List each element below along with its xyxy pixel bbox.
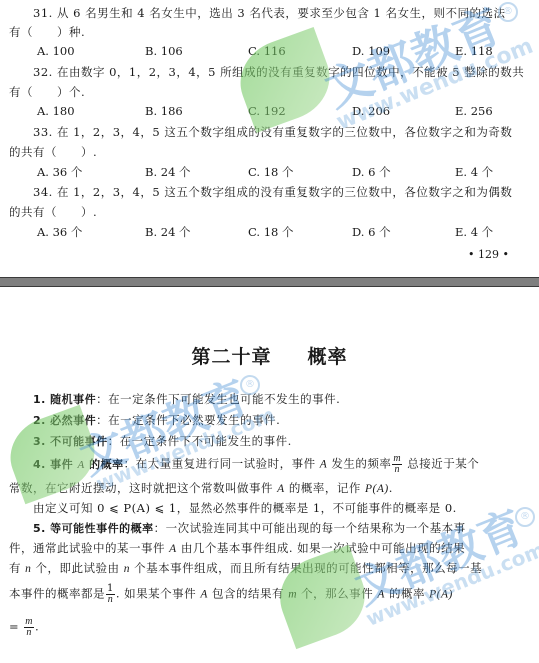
q31-option-a: A. 100 bbox=[37, 44, 75, 58]
q32-option-b: B. 186 bbox=[145, 104, 183, 118]
q34-option-b: B. 24 个 bbox=[145, 224, 191, 240]
chapter-number: 第二十章 bbox=[191, 346, 271, 368]
fraction-m-over-n-result: mn bbox=[24, 617, 34, 638]
q34-option-e: E. 4 个 bbox=[455, 224, 493, 240]
chapter-name: 概率 bbox=[308, 346, 348, 368]
q34-option-d: D. 6 个 bbox=[352, 224, 391, 240]
question-31-text: 31. 从 6 名男生和 4 名女生中，选出 3 名代表，要求至少包含 1 名女… bbox=[33, 5, 505, 21]
q33-option-b: B. 24 个 bbox=[145, 164, 191, 180]
question-34-text: 34. 在 1，2，3，4，5 这五个数字组成的没有重复数字的三位数中，各位数字… bbox=[33, 184, 512, 200]
fraction-m-over-n: mn bbox=[392, 454, 402, 475]
question-32-continuation: 有（ ）个. bbox=[9, 84, 85, 100]
fraction-1-over-n: 1n bbox=[106, 584, 115, 605]
definition-5-line-1: 5. 等可能性事件的概率：一次试验连同其中可能出现的每一个结果称为一个基本事 bbox=[33, 520, 466, 536]
definition-4-term: 4. 事件 A 的概率 bbox=[33, 458, 124, 471]
question-33-continuation: 的共有（ ）. bbox=[9, 144, 97, 160]
q31-option-d: D. 109 bbox=[352, 44, 390, 58]
definition-4-line-1: 4. 事件 A 的概率：在大量重复进行同一试验时，事件 A 发生的频率mn 总接… bbox=[33, 454, 479, 475]
question-32-text: 32. 在由数字 0，1，2，3，4，5 所组成的没有重复数字的四位数中，不能被… bbox=[33, 64, 524, 80]
definition-4-line-2: 常数，在它附近摆动，这时就把这个常数叫做事件 A 的概率，记作 P(A). bbox=[9, 480, 393, 496]
q32-option-d: D. 206 bbox=[352, 104, 390, 118]
page-number: • 129 • bbox=[468, 248, 509, 261]
q31-option-b: B. 106 bbox=[145, 44, 183, 58]
page-separator bbox=[0, 277, 539, 287]
definition-5-line-4: 本事件的概率都是1n. 如果某个事件 A 包含的结果有 m 个，那么事件 A 的… bbox=[9, 584, 453, 605]
definition-4-line-3: 由定义可知 0 ⩽ P(A) ⩽ 1，显然必然事件的概率是 1，不可能事件的概率… bbox=[33, 500, 457, 516]
q32-option-a: A. 180 bbox=[37, 104, 75, 118]
definition-5-line-3: 有 n 个，即此试验由 n 个基本事件组成，而且所有结果出现的可能性都相等，那么… bbox=[9, 560, 482, 576]
q32-option-e: E. 256 bbox=[455, 104, 493, 118]
question-34-continuation: 的共有（ ）. bbox=[9, 204, 97, 220]
definition-3-text: ：在一定条件下不可能发生的事件. bbox=[108, 434, 292, 448]
definition-1: 1. 随机事件：在一定条件下可能发生也可能不发生的事件. bbox=[33, 391, 340, 407]
question-33-text: 33. 在 1，2，3，4，5 这五个数字组成的没有重复数字的三位数中，各位数字… bbox=[33, 124, 512, 140]
q31-option-e: E. 118 bbox=[455, 44, 493, 58]
question-31-continuation: 有（ ）种. bbox=[9, 24, 85, 40]
definition-2: 2. 必然事件：在一定条件下必然要发生的事件. bbox=[33, 412, 280, 428]
q31-option-c: C. 116 bbox=[248, 44, 286, 58]
definition-3-term: 3. 不可能事件 bbox=[33, 435, 108, 448]
definition-5-line-2: 件，通常此试验中的某一事件 A 由几个基本事件组成. 如果一次试验中可能出现的结… bbox=[9, 540, 465, 556]
definition-5-line-5: = mn. bbox=[9, 617, 39, 638]
definition-2-term: 2. 必然事件 bbox=[33, 414, 96, 427]
registered-mark-icon: ® bbox=[515, 507, 535, 527]
definition-1-text: ：在一定条件下可能发生也可能不发生的事件. bbox=[96, 392, 340, 406]
q33-option-a: A. 36 个 bbox=[37, 164, 82, 180]
q34-option-c: C. 18 个 bbox=[248, 224, 294, 240]
top-page: 31. 从 6 名男生和 4 名女生中，选出 3 名代表，要求至少包含 1 名女… bbox=[0, 0, 539, 268]
chapter-title: 第二十章概率 bbox=[0, 342, 539, 369]
definition-2-text: ：在一定条件下必然要发生的事件. bbox=[96, 413, 280, 427]
definition-3: 3. 不可能事件：在一定条件下不可能发生的事件. bbox=[33, 433, 292, 449]
bottom-page: 第二十章概率 1. 随机事件：在一定条件下可能发生也可能不发生的事件. 2. 必… bbox=[0, 287, 539, 663]
q33-option-d: D. 6 个 bbox=[352, 164, 391, 180]
definition-1-term: 1. 随机事件 bbox=[33, 393, 96, 406]
q34-option-a: A. 36 个 bbox=[37, 224, 82, 240]
q33-option-e: E. 4 个 bbox=[455, 164, 493, 180]
q32-option-c: C. 192 bbox=[248, 104, 286, 118]
definition-5-term: 5. 等可能性事件的概率 bbox=[33, 522, 154, 535]
q33-option-c: C. 18 个 bbox=[248, 164, 294, 180]
